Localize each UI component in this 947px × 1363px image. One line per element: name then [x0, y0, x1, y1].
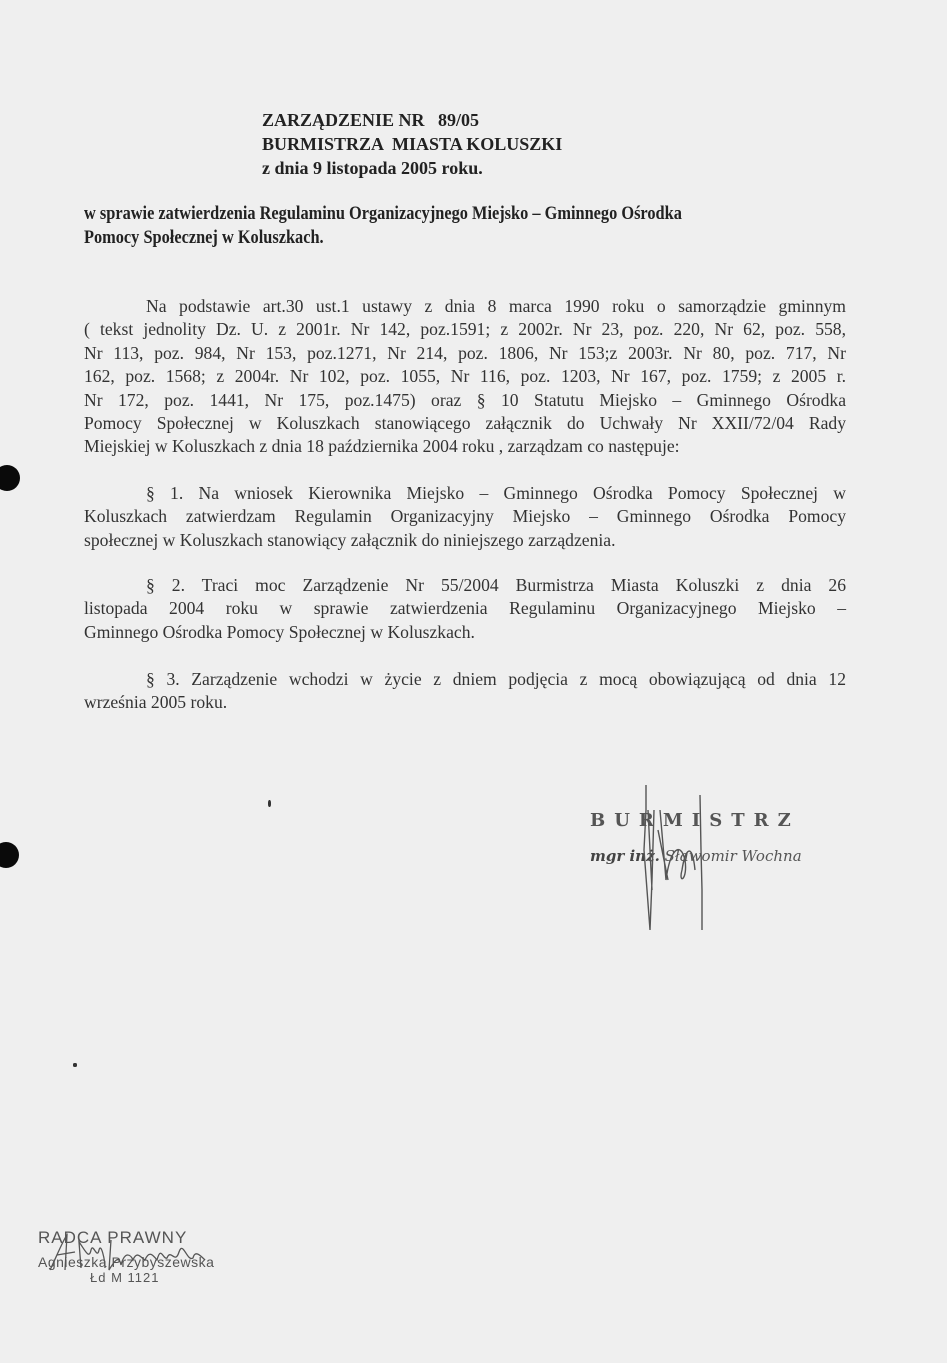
paragraph-line: Nr 113, poz. 984, Nr 153, poz.1271, Nr 2… — [84, 342, 846, 365]
order-number: ZARZĄDZENIE NR 89/05 — [262, 108, 562, 132]
preamble-paragraph: Na podstawie art.30 ust.1 ustawy z dnia … — [84, 295, 846, 459]
paragraph-line: § 3. Zarządzenie wchodzi w życie z dniem… — [84, 668, 846, 691]
order-date: z dnia 9 listopada 2005 roku. — [262, 156, 562, 180]
document-subject: w sprawie zatwierdzenia Regulaminu Organ… — [84, 202, 862, 250]
legal-stamp-name: Agnieszka Przybyszewska — [38, 1254, 214, 1270]
paragraph-line: Nr 172, poz. 1441, Nr 175, poz.1475) ora… — [84, 389, 846, 412]
legal-stamp-id: Łd M 1121 — [90, 1270, 214, 1285]
punch-hole-top — [0, 465, 20, 491]
stamp-person-name: Sławomir Wochna — [665, 847, 802, 865]
issuer: BURMISTRZA MIASTA KOLUSZKI — [262, 132, 562, 156]
subject-line: w sprawie zatwierdzenia Regulaminu Organ… — [84, 202, 862, 226]
paragraph-line: Pomocy Społecznej w Koluszkach stanowiąc… — [84, 412, 846, 435]
stamp-title: BURMISTRZ — [590, 810, 802, 831]
section-3-paragraph: § 3. Zarządzenie wchodzi w życie z dniem… — [84, 668, 846, 715]
stamp-name: mgr inż. Sławomir Wochna — [590, 847, 802, 865]
scan-speck — [268, 800, 271, 807]
legal-stamp-title: RADCA PRAWNY — [38, 1228, 214, 1248]
stamp-degree: mgr inż. — [590, 847, 660, 865]
subject-line: Pomocy Społecznej w Koluszkach. — [84, 226, 862, 250]
paragraph-line: Na podstawie art.30 ust.1 ustawy z dnia … — [84, 295, 846, 318]
scan-speck — [73, 1063, 77, 1067]
paragraph-line: Miejskiej w Koluszkach z dnia 18 paździe… — [84, 435, 846, 458]
section-1-paragraph: § 1. Na wniosek Kierownika Miejsko – Gmi… — [84, 482, 846, 552]
paragraph-line: 162, poz. 1568; z 2004r. Nr 102, poz. 10… — [84, 365, 846, 388]
paragraph-line: § 2. Traci moc Zarządzenie Nr 55/2004 Bu… — [84, 574, 846, 597]
paragraph-line: września 2005 roku. — [84, 691, 846, 714]
paragraph-line: Koluszkach zatwierdzam Regulamin Organiz… — [84, 505, 846, 528]
scanned-page: ZARZĄDZENIE NR 89/05 BURMISTRZA MIASTA K… — [0, 0, 947, 1363]
document-header: ZARZĄDZENIE NR 89/05 BURMISTRZA MIASTA K… — [262, 108, 562, 180]
paragraph-line: listopada 2004 roku w sprawie zatwierdze… — [84, 597, 846, 620]
punch-hole-bottom — [0, 842, 19, 868]
mayor-stamp: BURMISTRZ mgr inż. Sławomir Wochna — [590, 810, 802, 865]
legal-counsel-stamp: RADCA PRAWNY Agnieszka Przybyszewska Łd … — [38, 1228, 214, 1285]
section-2-paragraph: § 2. Traci moc Zarządzenie Nr 55/2004 Bu… — [84, 574, 846, 644]
paragraph-line: społecznej w Koluszkach stanowiący załąc… — [84, 529, 846, 552]
paragraph-line: Gminnego Ośrodka Pomocy Społecznej w Kol… — [84, 621, 846, 644]
paragraph-line: ( tekst jednolity Dz. U. z 2001r. Nr 142… — [84, 318, 846, 341]
paragraph-line: § 1. Na wniosek Kierownika Miejsko – Gmi… — [84, 482, 846, 505]
